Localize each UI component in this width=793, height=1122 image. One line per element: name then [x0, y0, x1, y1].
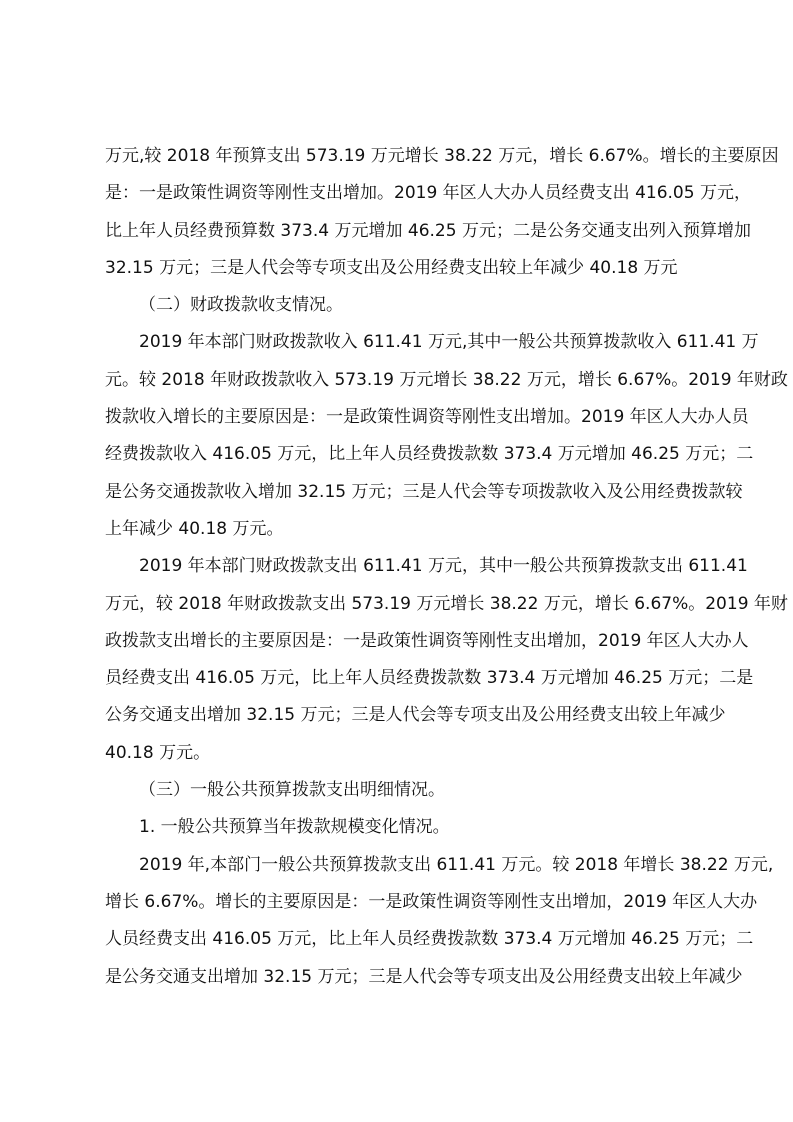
- section-heading-general-budget-detail: （三）一般公共预算拨款支出明细情况。: [105, 772, 693, 809]
- text-line: 比上年人员经费预算数 373.4 万元增加 46.25 万元；二是公务交通支出列…: [105, 213, 693, 250]
- section-heading-fiscal-appropriation: （二）财政拨款收支情况。: [105, 287, 693, 324]
- paragraph-general-budget-change: 2019 年,本部门一般公共预算拨款支出 611.41 万元。较 2018 年增…: [105, 847, 693, 996]
- heading-text: 1. 一般公共预算当年拨款规模变化情况。: [105, 809, 693, 846]
- text-line: 元。较 2018 年财政拨款收入 573.19 万元增长 38.22 万元，增长…: [105, 362, 693, 399]
- text-line: 是公务交通拨款收入增加 32.15 万元；三是人代会等专项拨款收入及公用经费拨款…: [105, 474, 693, 511]
- paragraph-budget-expenditure-continued: 万元,较 2018 年预算支出 573.19 万元增长 38.22 万元，增长 …: [105, 138, 693, 287]
- text-line: 32.15 万元；三是人代会等专项支出及公用经费支出较上年减少 40.18 万元: [105, 250, 693, 287]
- text-line: 2019 年本部门财政拨款收入 611.41 万元,其中一般公共预算拨款收入 6…: [105, 324, 693, 361]
- text-line: 人员经费支出 416.05 万元，比上年人员经费拨款数 373.4 万元增加 4…: [105, 921, 693, 958]
- text-line: 2019 年,本部门一般公共预算拨款支出 611.41 万元。较 2018 年增…: [105, 847, 693, 884]
- text-line: 40.18 万元。: [105, 735, 693, 772]
- text-line: 是公务交通支出增加 32.15 万元；三是人代会等专项支出及公用经费支出较上年减…: [105, 959, 693, 996]
- text-line: 增长 6.67%。增长的主要原因是：一是政策性调资等刚性支出增加，2019 年区…: [105, 884, 693, 921]
- text-line: 万元,较 2018 年预算支出 573.19 万元增长 38.22 万元，增长 …: [105, 138, 693, 175]
- text-line: 政拨款支出增长的主要原因是：一是政策性调资等刚性支出增加，2019 年区人大办人: [105, 623, 693, 660]
- text-line: 公务交通支出增加 32.15 万元；三是人代会等专项支出及公用经费支出较上年减少: [105, 697, 693, 734]
- text-line: 是：一是政策性调资等刚性支出增加。2019 年区人大办人员经费支出 416.05…: [105, 175, 693, 212]
- text-line: 经费拨款收入 416.05 万元，比上年人员经费拨款数 373.4 万元增加 4…: [105, 436, 693, 473]
- paragraph-appropriation-expenditure: 2019 年本部门财政拨款支出 611.41 万元，其中一般公共预算拨款支出 6…: [105, 548, 693, 772]
- text-line: 拨款收入增长的主要原因是：一是政策性调资等刚性支出增加。2019 年区人大办人员: [105, 399, 693, 436]
- subsection-heading-scale-change: 1. 一般公共预算当年拨款规模变化情况。: [105, 809, 693, 846]
- text-line: 上年减少 40.18 万元。: [105, 511, 693, 548]
- text-line: 员经费支出 416.05 万元，比上年人员经费拨款数 373.4 万元增加 46…: [105, 660, 693, 697]
- text-line: 2019 年本部门财政拨款支出 611.41 万元，其中一般公共预算拨款支出 6…: [105, 548, 693, 585]
- document-page: 万元,较 2018 年预算支出 573.19 万元增长 38.22 万元，增长 …: [105, 138, 693, 996]
- text-line: 万元，较 2018 年财政拨款支出 573.19 万元增长 38.22 万元，增…: [105, 586, 693, 623]
- paragraph-appropriation-income: 2019 年本部门财政拨款收入 611.41 万元,其中一般公共预算拨款收入 6…: [105, 324, 693, 548]
- heading-text: （二）财政拨款收支情况。: [105, 287, 693, 324]
- heading-text: （三）一般公共预算拨款支出明细情况。: [105, 772, 693, 809]
